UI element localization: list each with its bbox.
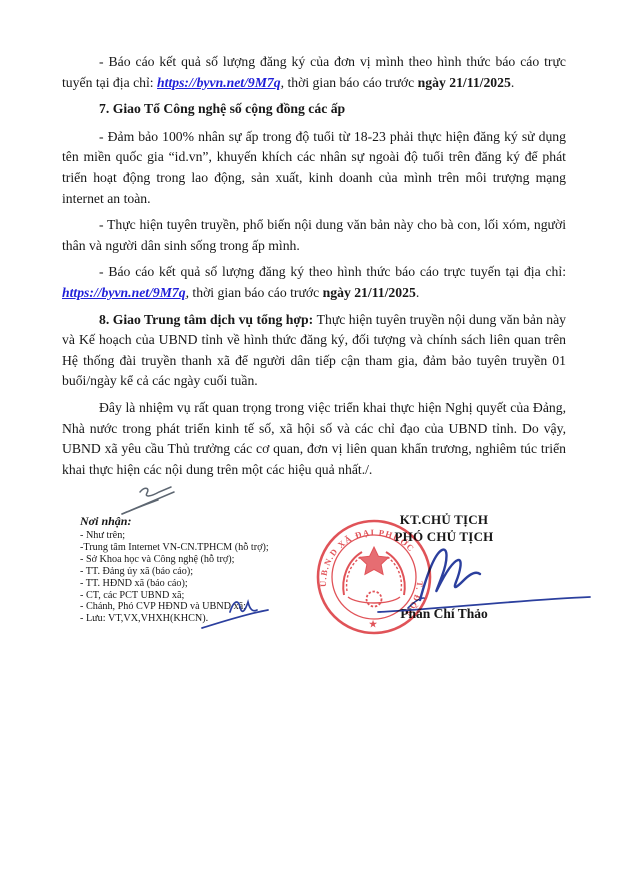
- recipient-item: - Như trên;: [80, 530, 320, 542]
- paragraph-text: .: [511, 75, 514, 90]
- paragraph-text: - Báo cáo kết quả số lượng đăng ký theo …: [99, 264, 566, 279]
- paragraph-text: , thời gian báo cáo trước: [281, 75, 418, 90]
- document-page: - Báo cáo kết quả số lượng đăng ký của đ…: [0, 0, 623, 882]
- official-red-stamp: U.B.N.D XÃ ĐẠI PHƯỚC T. ĐỒNG ★: [314, 517, 434, 637]
- paragraph-text: .: [416, 285, 419, 300]
- national-emblem-icon: [343, 547, 405, 607]
- paragraph-section-8: 8. Giao Trung tâm dịch vụ tổng hợp: Thực…: [62, 310, 566, 392]
- paragraph-age-requirement: - Đảm bảo 100% nhân sự ấp trong độ tuổi …: [62, 127, 566, 209]
- paragraph-propaganda-hamlet: - Thực hiện tuyên truyền, phổ biến nội d…: [62, 215, 566, 256]
- recipient-item: - TT. Đảng ủy xã (báo cáo);: [80, 566, 320, 578]
- deadline-date: ngày 21/11/2025: [323, 285, 416, 300]
- recipient-item: -Trung tâm Internet VN-CN.TPHCM (hỗ trợ)…: [80, 542, 320, 554]
- paragraph-report-unit: - Báo cáo kết quả số lượng đăng ký của đ…: [62, 52, 566, 93]
- document-body: - Báo cáo kết quả số lượng đăng ký của đ…: [62, 52, 566, 486]
- recipient-item: - TT. HĐND xã (báo cáo);: [80, 578, 320, 590]
- report-hyperlink[interactable]: https://byvn.net/9M7q: [157, 75, 281, 90]
- section-heading-8: 8. Giao Trung tâm dịch vụ tổng hợp:: [99, 312, 317, 327]
- paragraph-closing: Đây là nhiệm vụ rất quan trọng trong việ…: [62, 398, 566, 480]
- recipient-item: - Sở Khoa học và Công nghệ (hỗ trợ);: [80, 554, 320, 566]
- secondary-initials-ink: [196, 590, 278, 632]
- section-heading-7: 7. Giao Tổ Công nghệ số cộng đồng các ấp: [62, 99, 566, 120]
- approval-initials-ink: [118, 480, 190, 522]
- stamp-bottom-star: ★: [369, 619, 378, 629]
- paragraph-report-online: - Báo cáo kết quả số lượng đăng ký theo …: [62, 262, 566, 303]
- deadline-date: ngày 21/11/2025: [418, 75, 511, 90]
- paragraph-text: , thời gian báo cáo trước: [186, 285, 323, 300]
- report-hyperlink[interactable]: https://byvn.net/9M7q: [62, 285, 186, 300]
- recipients-title: Nơi nhận:: [80, 514, 320, 528]
